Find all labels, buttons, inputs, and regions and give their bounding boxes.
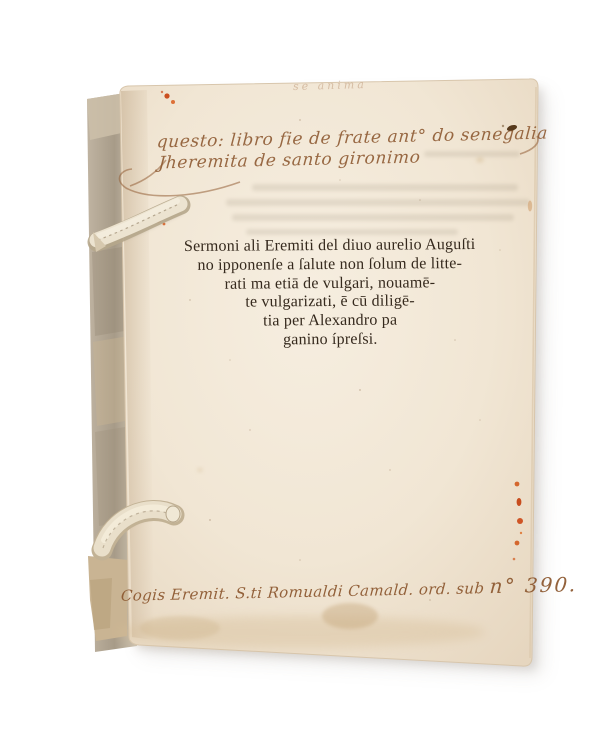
ownership-number: n° 390.: [489, 572, 578, 598]
printed-title-line: te vulgarizati, ē cū diligē-: [166, 292, 494, 313]
handwritten-inscription-top: questo: libro fie de frate ant° do seneg…: [155, 124, 549, 175]
printed-title: Sermoni ali Eremiti del diuo aurelio Aug…: [166, 236, 495, 351]
printed-title-line: Sermoni ali Eremiti del diuo aurelio Aug…: [166, 236, 494, 257]
book-artwork: [0, 0, 616, 752]
antique-book-photo: se anima questo: libro fie de frate ant°…: [0, 0, 616, 752]
printed-title-line: ganino ípreſsi.: [166, 330, 494, 351]
printed-title-line: no ipponenſe a ſalute non ſolum de litte…: [166, 255, 494, 276]
printed-title-line: tia per Alexandro pa: [166, 311, 494, 332]
printed-title-line: rati ma etiā de vulgari, nouamē-: [166, 273, 494, 294]
faint-top-inscription: se anima: [293, 78, 367, 93]
